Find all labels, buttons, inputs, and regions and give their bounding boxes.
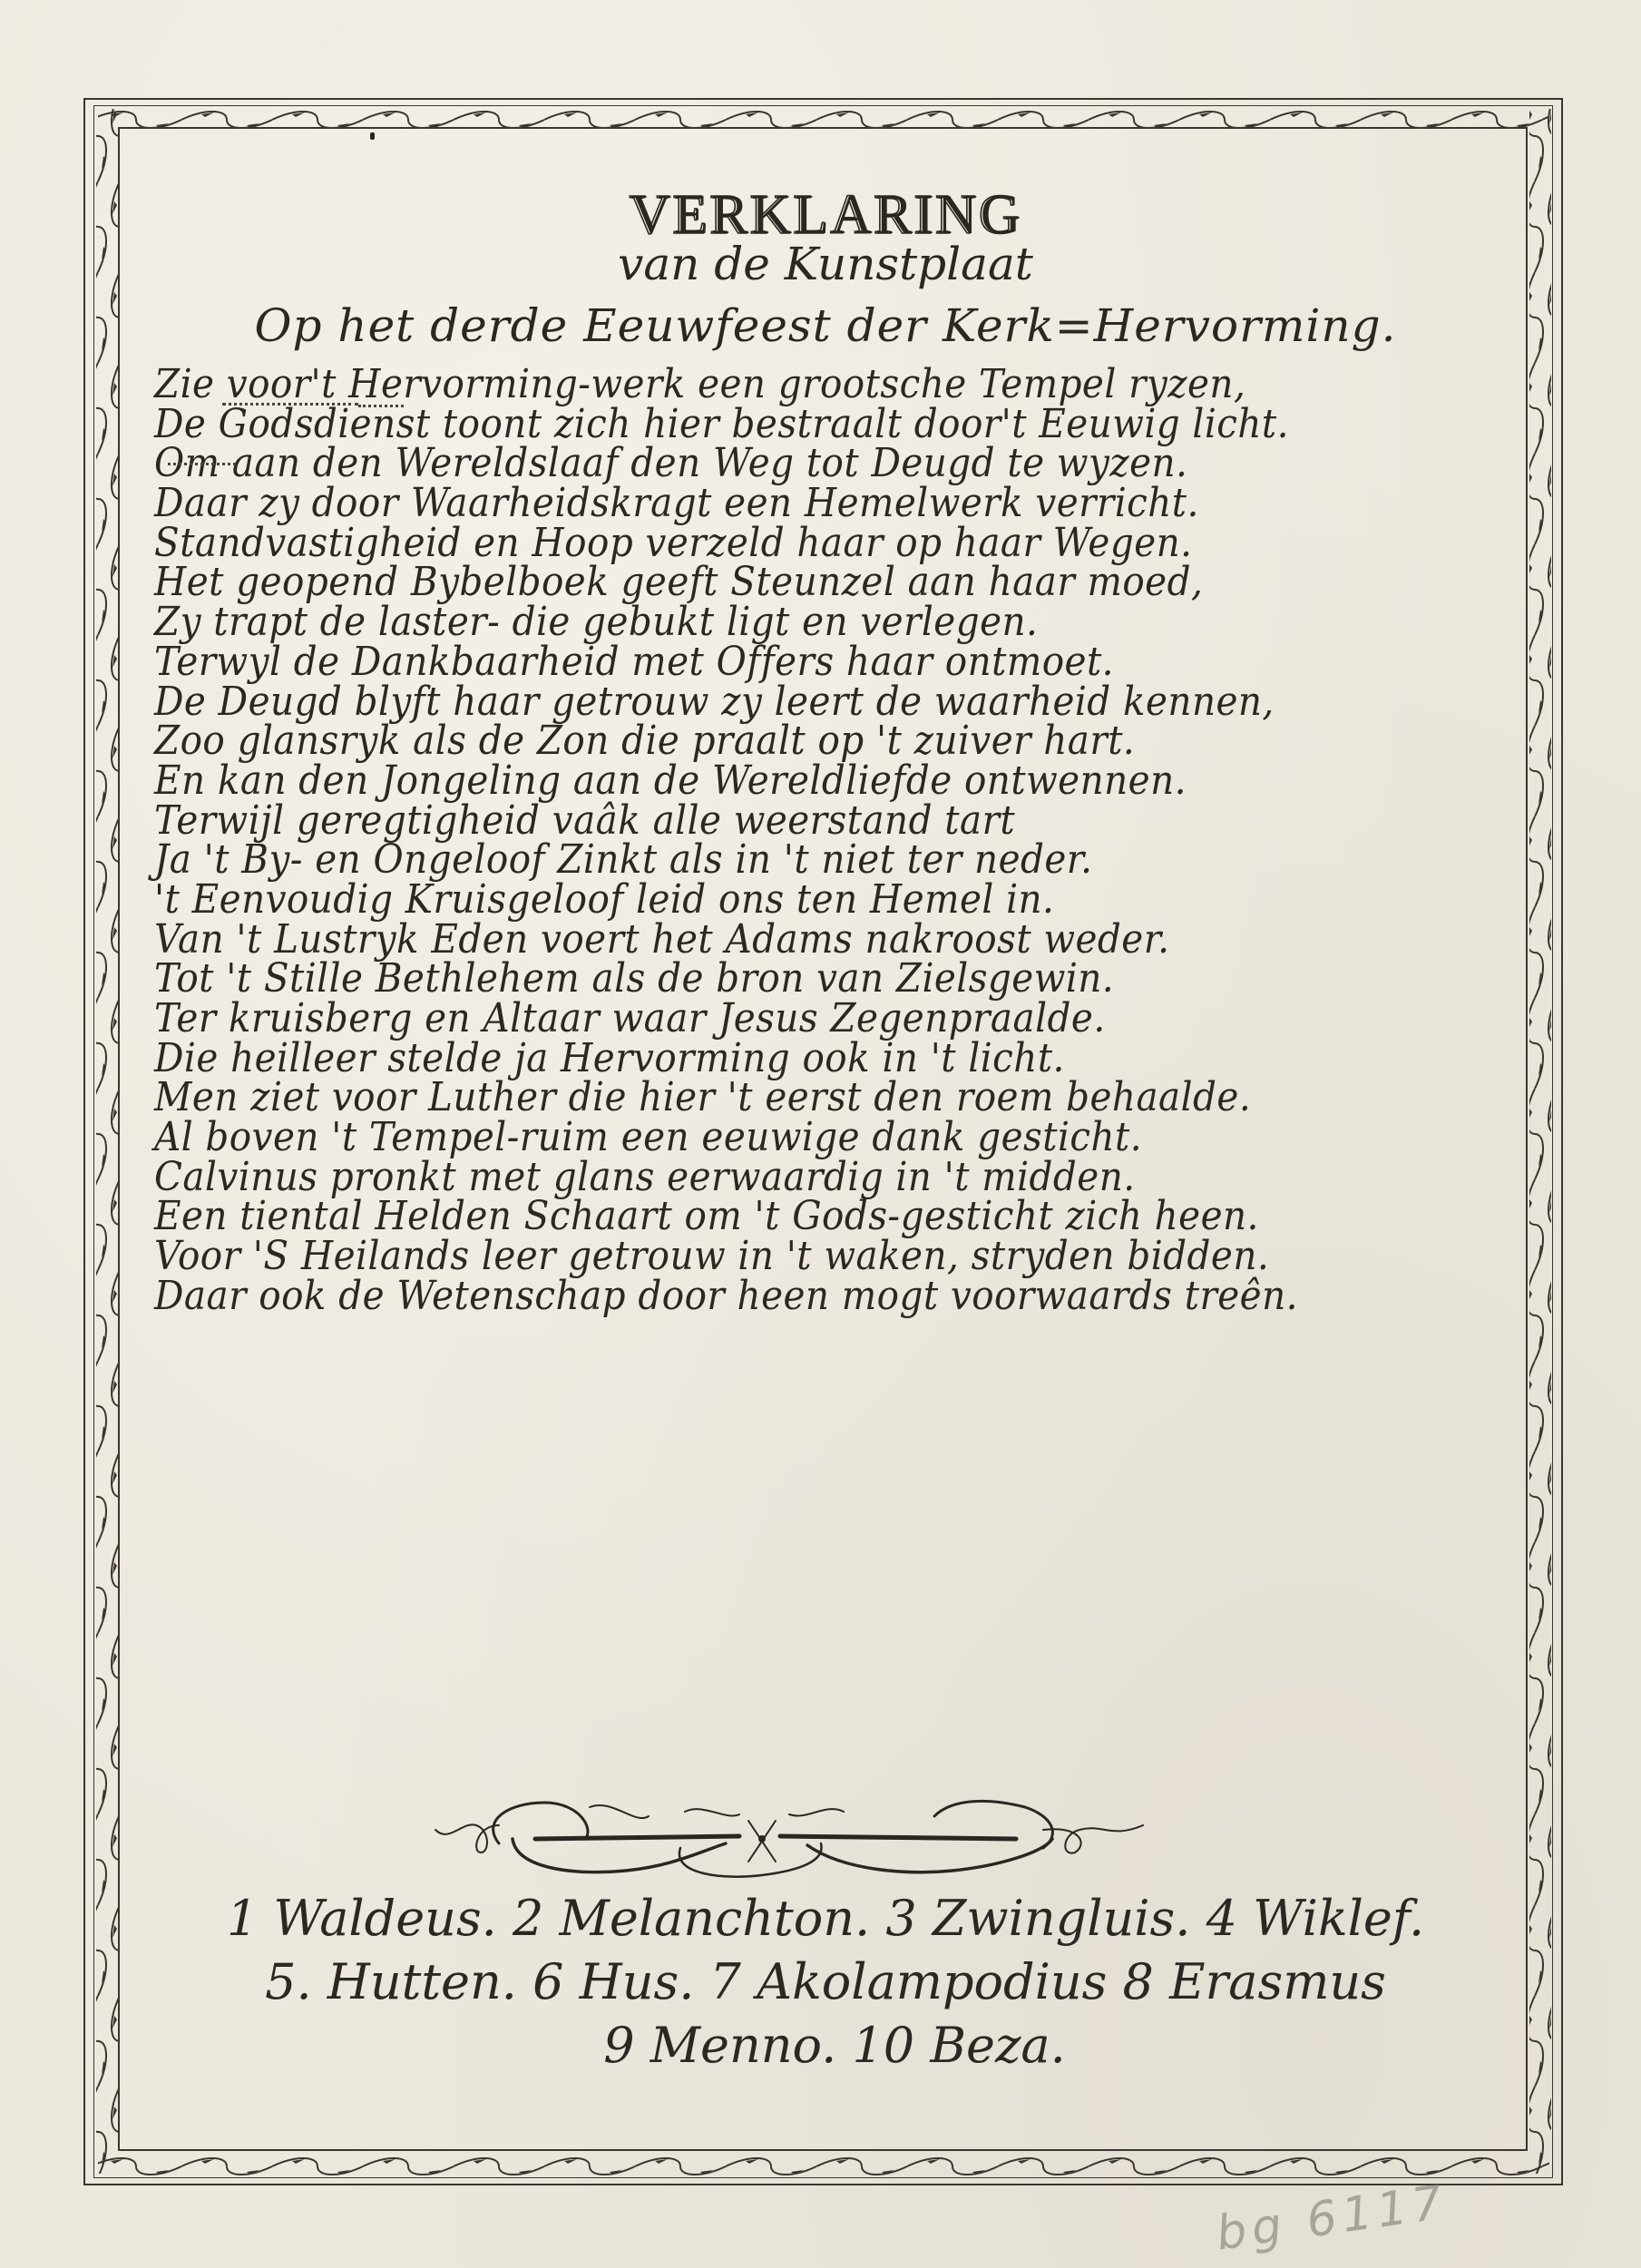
- poem-line: Al boven 't Tempel-ruim een eeuwige dank…: [154, 1118, 1422, 1158]
- legend-row: 9 Menno. 10 Beza.: [127, 2014, 1524, 2077]
- dotted-underline-hervorming-2: [358, 405, 404, 407]
- poem-line: Zoo glansryk als de Zon die praalt op 't…: [154, 721, 1422, 761]
- figure-legend: 1 Waldeus. 2 Melanchton. 3 Zwingluis. 4 …: [127, 1887, 1524, 2077]
- poem-line: Men ziet voor Luther die hier 't eerst d…: [154, 1078, 1422, 1118]
- poem-line: Ter kruisberg en Altaar waar Jesus Zegen…: [154, 999, 1422, 1039]
- legend-row: 5. Hutten. 6 Hus. 7 Akolampodius 8 Erasm…: [127, 1950, 1524, 2014]
- poem-line: Om aan den Wereldslaaf den Weg tot Deugd…: [154, 444, 1422, 484]
- poem-line: Standvastigheid en Hoop verzeld haar op …: [154, 523, 1422, 563]
- poem-line: Terwyl de Dankbaarheid met Offers haar o…: [154, 642, 1422, 682]
- poem: Zie voor't Hervorming-werk een grootsche…: [154, 365, 1533, 1316]
- poem-line: En kan den Jongeling aan de Wereldliefde…: [154, 761, 1422, 801]
- poem-line: Terwijl geregtigheid vaâk alle weerstand…: [154, 801, 1422, 841]
- poem-line: Het geopend Bybelboek geeft Steunzel aan…: [154, 562, 1422, 602]
- poem-line: 't Eenvoudig Kruisgeloof leid ons ten He…: [154, 880, 1422, 920]
- poem-line: De Deugd blyft haar getrouw zy leert de …: [154, 682, 1422, 722]
- poem-line: Ja 't By- en Ongeloof Zinkt als in 't ni…: [154, 840, 1422, 880]
- ink-speck: [370, 132, 375, 140]
- poem-line: Van 't Lustryk Eden voert het Adams nakr…: [154, 920, 1422, 960]
- dotted-underline-hervorming: [222, 403, 358, 406]
- poem-line: Tot 't Stille Bethlehem als de bron van …: [154, 959, 1422, 999]
- subtitle-eeuwfeest: Op het derde Eeuwfeest der Kerk=Hervormi…: [127, 299, 1524, 352]
- subtitle-kunstplaat: van de Kunstplaat: [127, 238, 1524, 290]
- poem-line: Daar zy door Waarheidskragt een Hemelwer…: [154, 484, 1422, 523]
- poem-line: Zy trapt de laster- die gebukt ligt en v…: [154, 602, 1422, 642]
- poem-line: Daar ook de Wetenschap door heen mogt vo…: [154, 1276, 1422, 1316]
- poem-line: Een tiental Helden Schaart om 't Gods-ge…: [154, 1197, 1422, 1237]
- legend-row: 1 Waldeus. 2 Melanchton. 3 Zwingluis. 4 …: [127, 1887, 1524, 1950]
- poem-line: Voor 'S Heilands leer getrouw in 't wake…: [154, 1237, 1422, 1276]
- poem-line: Calvinus pronkt met glans eerwaardig in …: [154, 1158, 1422, 1198]
- flourish-divider-ornament: [426, 1789, 1225, 1880]
- poem-line: Die heilleer stelde ja Hervorming ook in…: [154, 1039, 1422, 1079]
- dotted-underline-godsdienst: [168, 463, 236, 465]
- poem-line: De Godsdienst toont zich hier bestraalt …: [154, 405, 1422, 445]
- poem-line: Zie voor't Hervorming-werk een grootsche…: [154, 365, 1422, 405]
